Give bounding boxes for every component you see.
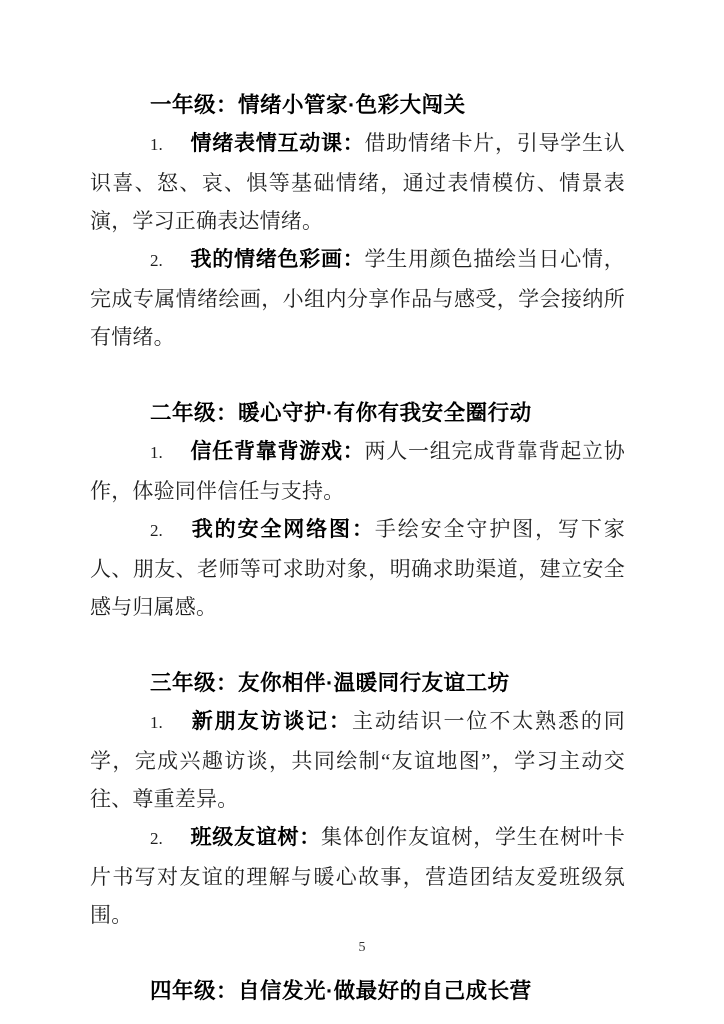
item-number: 2. (150, 820, 190, 858)
item-label: 我的情绪色彩画： (190, 248, 365, 271)
document-page: 一年级：情绪小管家·色彩大闯关 1.情绪表情互动课：借助情绪卡片，引导学生认识喜… (0, 0, 724, 1024)
grade-3-heading: 三年级：友你相伴·温暖同行友谊工坊 (90, 664, 625, 702)
list-item: 2.班级友谊树：集体创作友谊树，学生在树叶卡片书写对友谊的理解与暖心故事，营造团… (90, 818, 625, 934)
item-label: 新朋友访谈记： (190, 710, 352, 733)
item-label: 信任背靠背游戏： (190, 440, 365, 463)
section-grade-3: 三年级：友你相伴·温暖同行友谊工坊 1.新朋友访谈记：主动结识一位不太熟悉的同学… (90, 664, 625, 934)
section-grade-4: 四年级：自信发光·做最好的自己成长营 (90, 972, 625, 1010)
page-number: 5 (0, 938, 724, 958)
item-label: 班级友谊树： (190, 826, 321, 849)
item-number: 2. (150, 242, 190, 280)
section-grade-2: 二年级：暖心守护·有你有我安全圈行动 1.信任背靠背游戏：两人一组完成背靠背起立… (90, 394, 625, 626)
item-label: 我的安全网络图： (190, 518, 375, 541)
list-item: 1.情绪表情互动课：借助情绪卡片，引导学生认识喜、怒、哀、惧等基础情绪，通过表情… (90, 124, 625, 240)
item-number: 1. (150, 126, 190, 164)
list-item: 1.新朋友访谈记：主动结识一位不太熟悉的同学，完成兴趣访谈，共同绘制“友谊地图”… (90, 702, 625, 818)
item-number: 1. (150, 704, 190, 742)
grade-1-heading: 一年级：情绪小管家·色彩大闯关 (90, 86, 625, 124)
list-item: 2.我的安全网络图：手绘安全守护图，写下家人、朋友、老师等可求助对象，明确求助渠… (90, 510, 625, 626)
section-grade-1: 一年级：情绪小管家·色彩大闯关 1.情绪表情互动课：借助情绪卡片，引导学生认识喜… (90, 86, 625, 356)
grade-4-heading: 四年级：自信发光·做最好的自己成长营 (90, 972, 625, 1010)
list-item: 1.信任背靠背游戏：两人一组完成背靠背起立协作，体验同伴信任与支持。 (90, 432, 625, 510)
item-label: 情绪表情互动课： (190, 132, 365, 155)
list-item: 2.我的情绪色彩画：学生用颜色描绘当日心情，完成专属情绪绘画，小组内分享作品与感… (90, 240, 625, 356)
grade-2-heading: 二年级：暖心守护·有你有我安全圈行动 (90, 394, 625, 432)
item-number: 2. (150, 512, 190, 550)
item-number: 1. (150, 434, 190, 472)
